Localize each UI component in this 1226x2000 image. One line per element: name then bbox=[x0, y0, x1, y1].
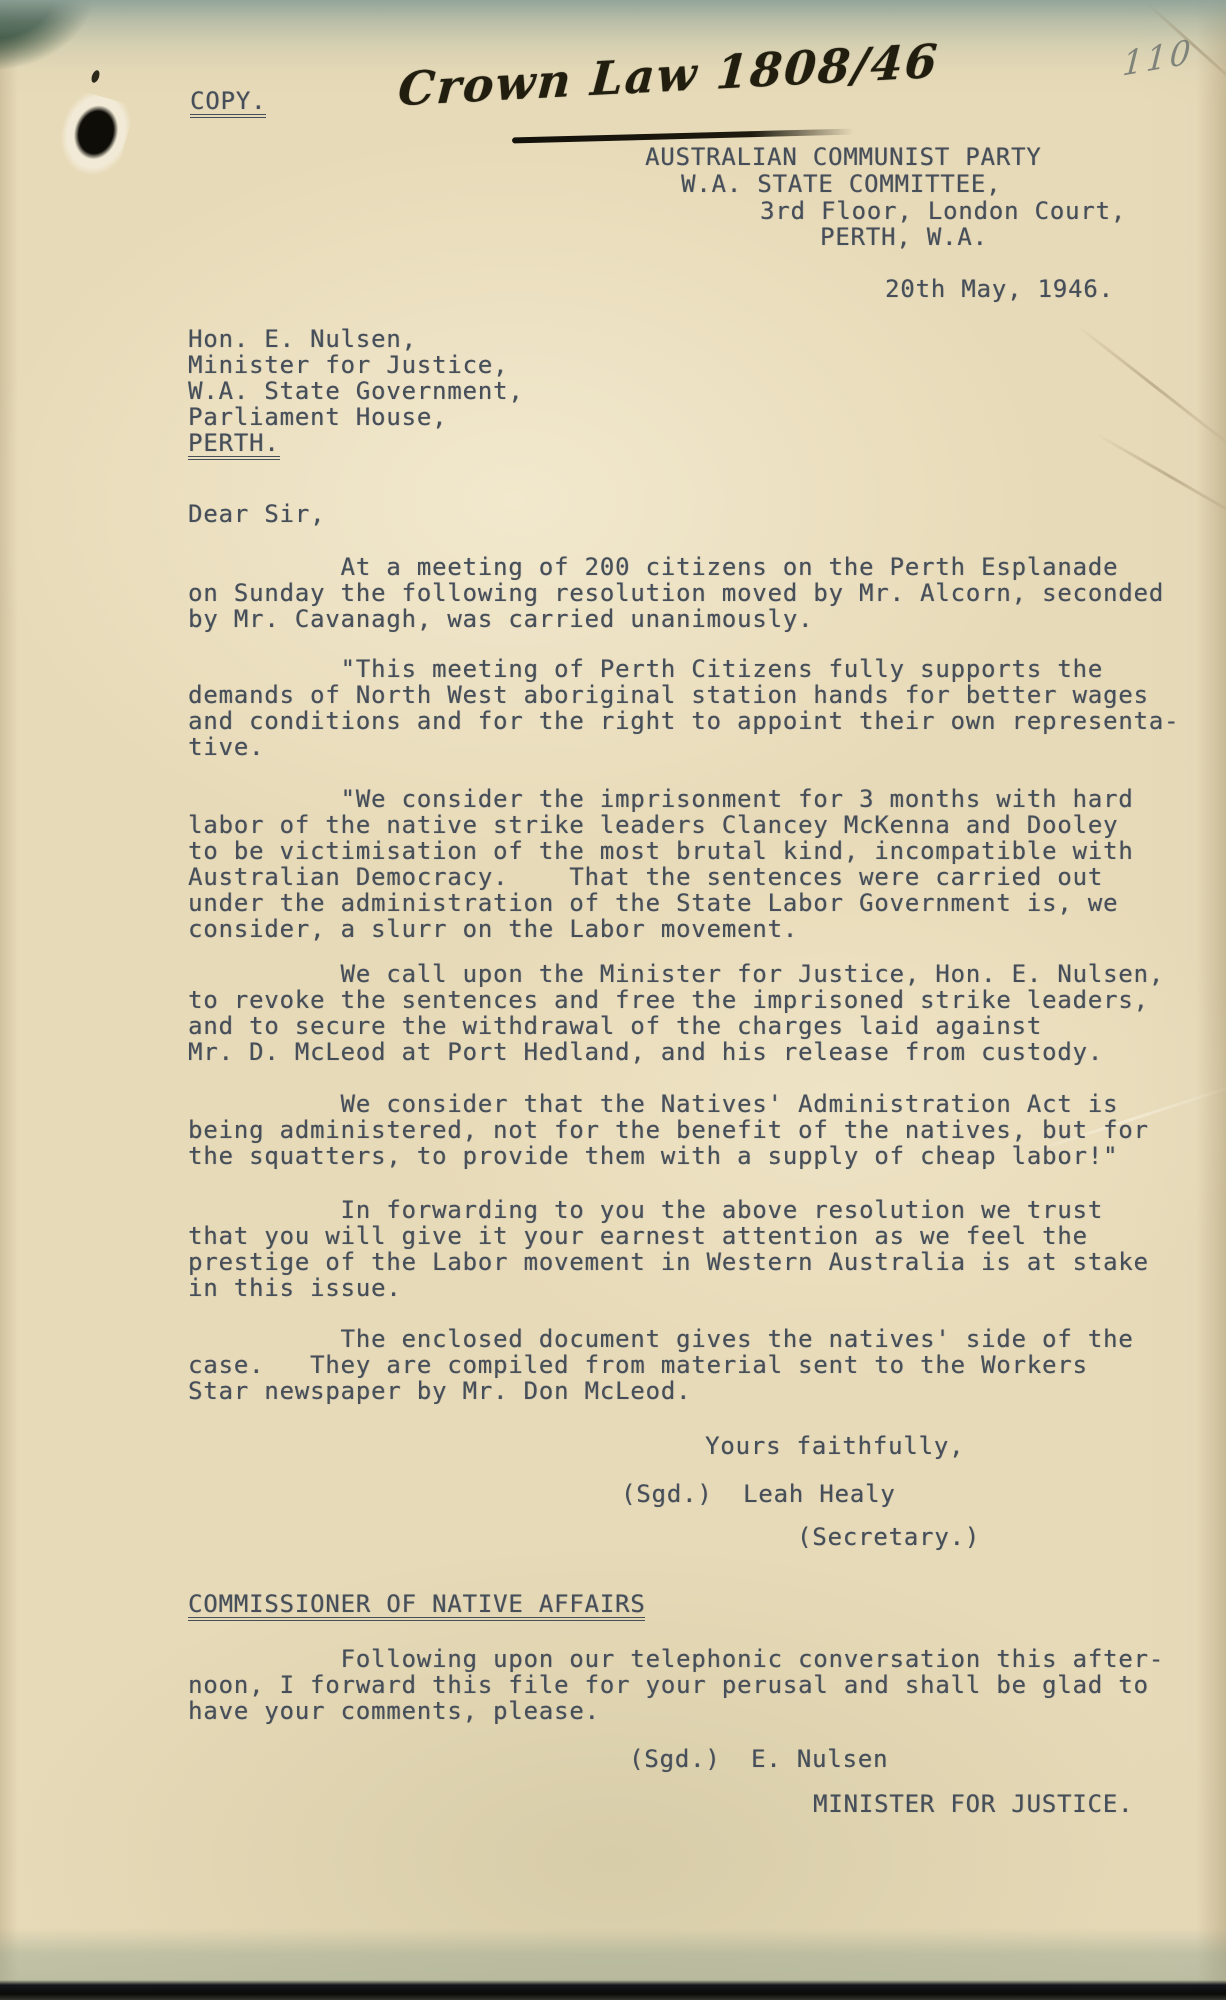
referral-heading-text: COMMISSIONER OF NATIVE AFFAIRS bbox=[188, 1591, 645, 1621]
letterhead-city: PERTH, W.A. bbox=[820, 224, 988, 250]
letterhead-committee: W.A. STATE COMMITTEE, bbox=[681, 171, 1001, 197]
pencil-page-number: 110 bbox=[1121, 31, 1195, 84]
handwritten-file-annotation: Crown Law 1808/46 bbox=[396, 34, 940, 117]
signature-leah-healy: (Sgd.) Leah Healy bbox=[621, 1481, 896, 1507]
paper-speck bbox=[90, 69, 101, 84]
referral-paragraph: Following upon our telephonic conversati… bbox=[188, 1646, 1164, 1724]
hole-punch bbox=[52, 89, 135, 182]
paragraph-1: At a meeting of 200 citizens on the Pert… bbox=[188, 554, 1164, 632]
signature-title-minister: MINISTER FOR JUSTICE. bbox=[813, 1791, 1133, 1817]
signature-title-secretary: (Secretary.) bbox=[797, 1524, 980, 1550]
recipient-city-text: PERTH. bbox=[188, 430, 280, 460]
copy-label: COPY. bbox=[190, 88, 266, 118]
valediction: Yours faithfully, bbox=[705, 1433, 964, 1459]
copy-label-text: COPY. bbox=[190, 88, 266, 118]
letterhead-org: AUSTRALIAN COMMUNIST PARTY bbox=[645, 144, 1041, 170]
handwritten-underline bbox=[512, 129, 854, 144]
scanned-letter-page: COPY. Crown Law 1808/46 110 AUSTRALIAN C… bbox=[0, 0, 1226, 2000]
signature-e-nulsen: (Sgd.) E. Nulsen bbox=[629, 1746, 888, 1772]
crease bbox=[1096, 433, 1226, 521]
paragraph-4: We call upon the Minister for Justice, H… bbox=[188, 961, 1164, 1065]
paragraph-7: The enclosed document gives the natives'… bbox=[188, 1326, 1133, 1404]
recipient-city: PERTH. bbox=[188, 430, 280, 460]
crease bbox=[1075, 324, 1226, 449]
scan-bottom-edge bbox=[0, 1928, 1226, 2000]
paragraph-6: In forwarding to you the above resolutio… bbox=[188, 1197, 1149, 1301]
paragraph-2: "This meeting of Perth Citizens fully su… bbox=[188, 656, 1179, 760]
recipient-address: Hon. E. Nulsen, Minister for Justice, W.… bbox=[188, 326, 523, 430]
paragraph-3: "We consider the imprisonment for 3 mont… bbox=[188, 786, 1133, 942]
paragraph-5: We consider that the Natives' Administra… bbox=[188, 1091, 1149, 1169]
letterhead-address: 3rd Floor, London Court, bbox=[760, 198, 1126, 224]
referral-heading: COMMISSIONER OF NATIVE AFFAIRS bbox=[188, 1591, 645, 1621]
letter-date: 20th May, 1946. bbox=[885, 276, 1114, 302]
salutation: Dear Sir, bbox=[188, 501, 325, 527]
